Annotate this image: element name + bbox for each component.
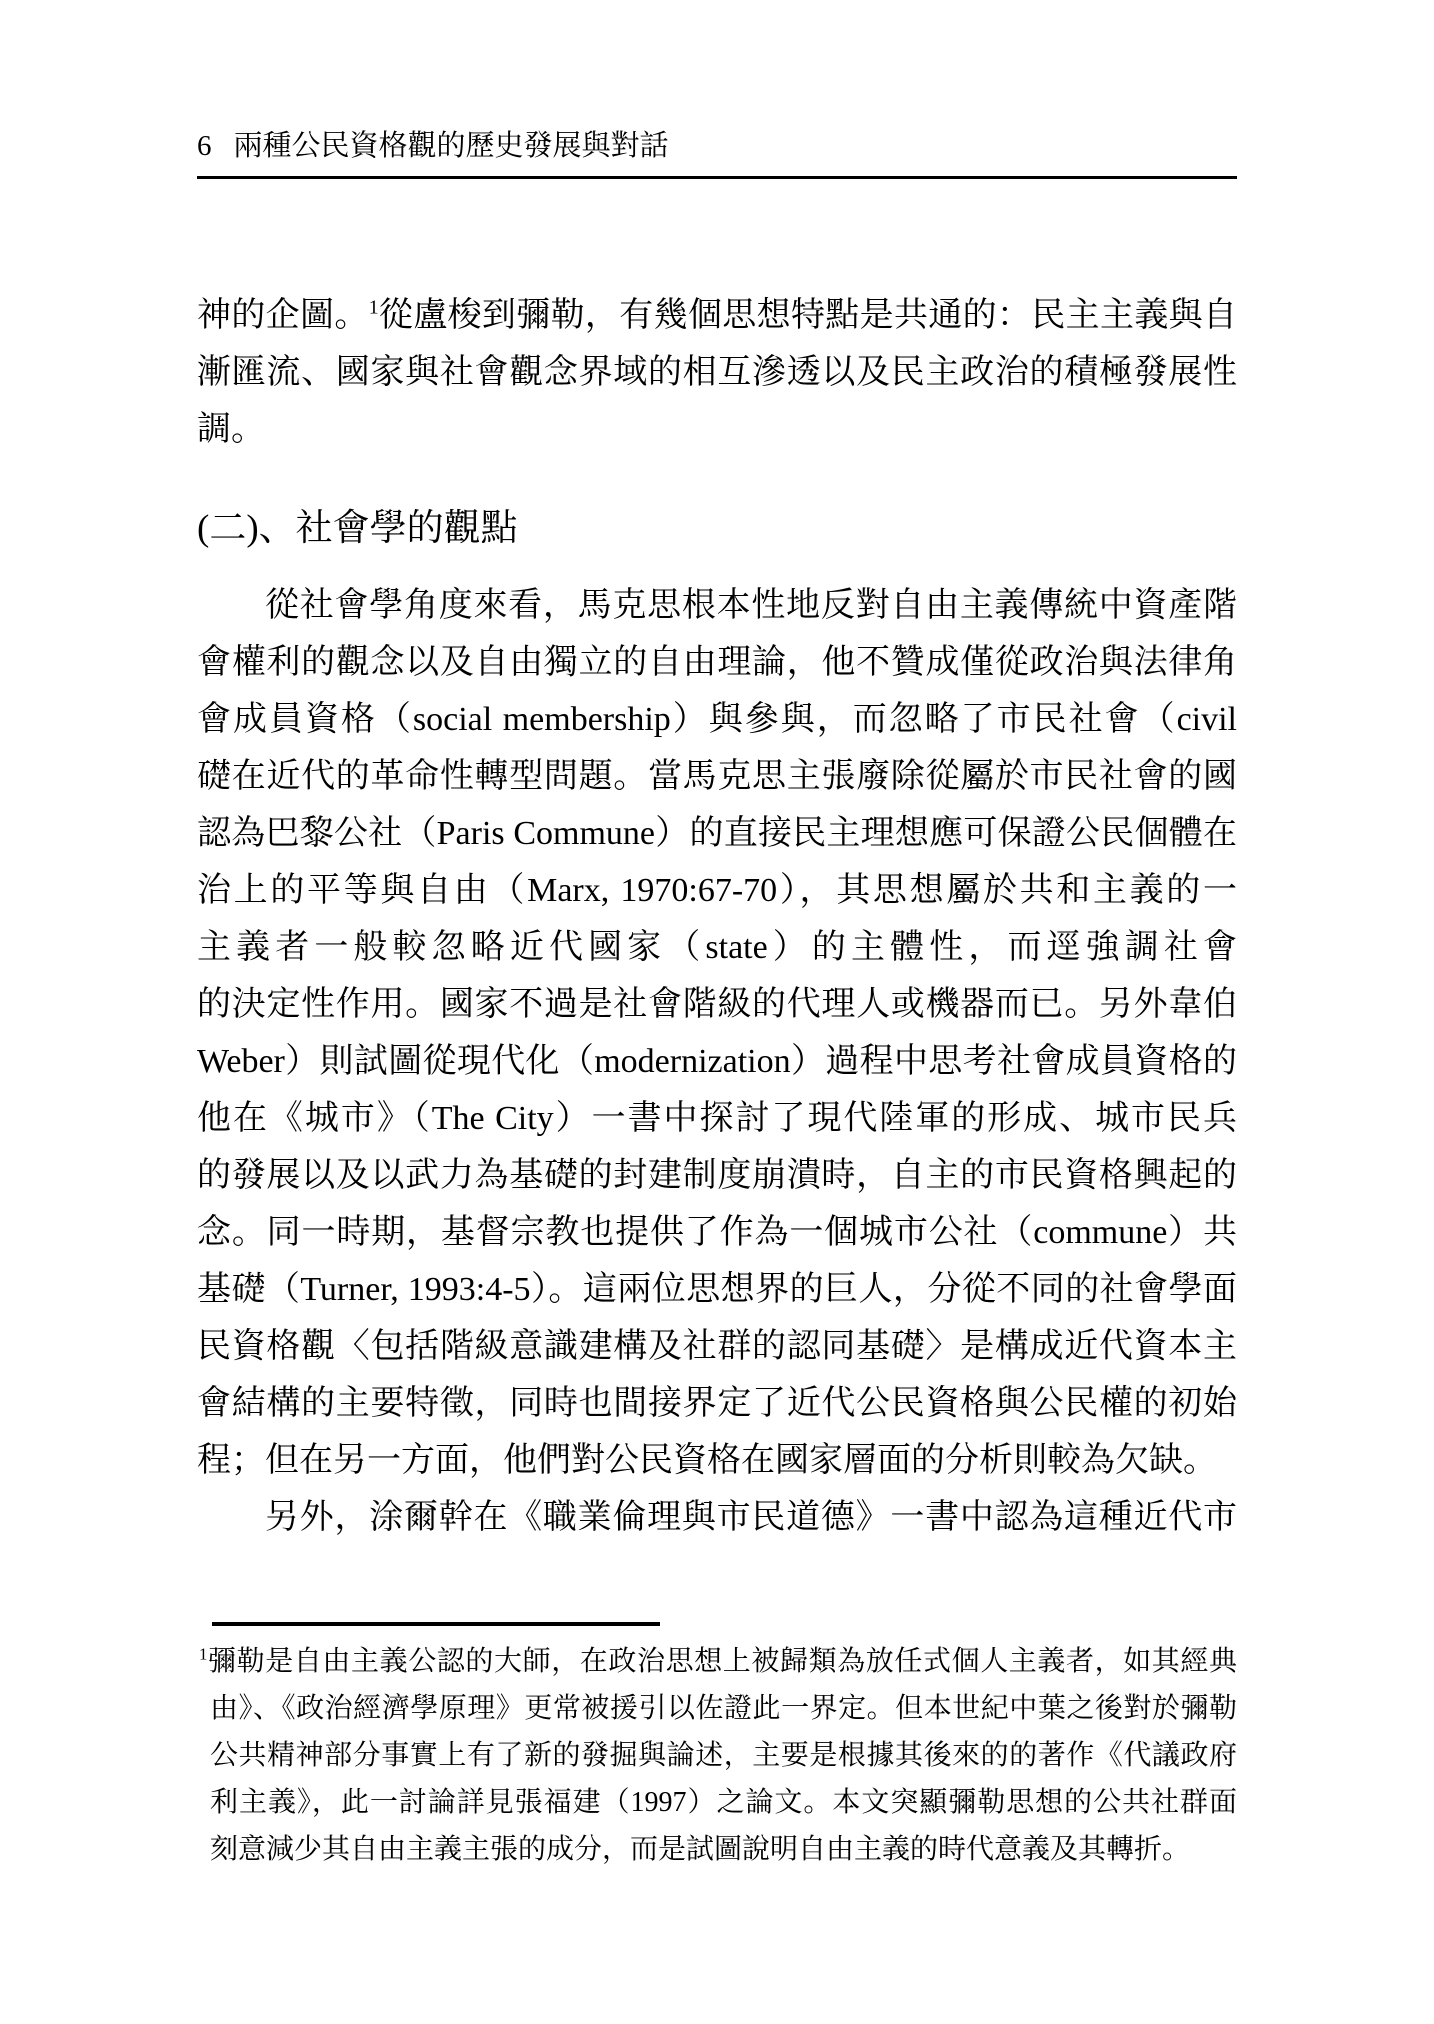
body-text-line: 神的企圖。1從盧梭到彌勒，有幾個思想特點是共通的：民主主義與自由主義逐 (197, 287, 1237, 344)
section-heading: (二)、社會學的觀點 (197, 505, 1237, 553)
footnote: 1彌勒是自由主義公認的大師，在政治思想上被歸類為放任式個人主義者，如其經典論著《… (199, 1638, 1237, 1873)
footnote-line1-text: 彌勒是自由主義公認的大師，在政治思想上被歸類為放任式個人主義者，如其經典論著《論… (199, 1646, 1237, 1685)
footnote-separator-rule (212, 1622, 660, 1626)
durkheim-paragraph: 另外，涂爾幹在《職業倫理與市民道德》一書中認為這種近代市民資格〈以 (197, 1489, 1237, 1546)
body-text-line: 的決定性作用。國家不過是社會階級的代理人或機器而已。另外韋伯（Max (197, 976, 1237, 1033)
footnote-text-line: 公共精神部分事實上有了新的發掘與論述，主要是根據其後來的的著作《代議政府論》及《… (199, 1732, 1237, 1779)
body-text-line: 礎在近代的革命性轉型問題。當馬克思主張廢除從屬於市民社會的國家時，他 (197, 748, 1237, 805)
body-text-line: 會結構的主要特徵，同時也間接界定了近代公民資格與公民權的初始形塑過 (197, 1375, 1237, 1432)
body-text-line: 會成員資格（social membership）與參與，而忽略了市民社會（civ… (197, 691, 1237, 748)
body-text-line: 基礎（Turner, 1993:4-5）。這兩位思想界的巨人，分從不同的社會學面… (197, 1261, 1237, 1318)
document-page: 6兩種公民資格觀的歷史發展與對話 神的企圖。1從盧梭到彌勒，有幾個思想特點是共通… (0, 0, 1434, 2024)
body-text-line: 念。同一時期，基督宗教也提供了作為一個城市公社（commune）共同信仰的 (197, 1204, 1237, 1261)
body-text-line: 主義者一般較忽略近代國家（state）的主體性，而逕強調社會（society）基… (197, 919, 1237, 976)
footnote-reference-1: 1 (369, 297, 379, 319)
body-text-line: 認為巴黎公社（Paris Commune）的直接民主理想應可保證公民個體在經濟與… (197, 805, 1237, 862)
body-text-line: 民資格觀〈包括階級意識建構及社群的認同基礎〉是構成近代資本主義文明社 (197, 1318, 1237, 1375)
body-text-line: 他在《城市》（The City）一書中探討了現代陸軍的形成、城市民兵（urban… (197, 1090, 1237, 1147)
body-text-line: 另外，涂爾幹在《職業倫理與市民道德》一書中認為這種近代市民資格〈以 (197, 1489, 1237, 1546)
footnote-text-line: 利主義》，此一討論詳見張福建（1997）之論文。本文突顯彌勒思想的公共社群面向，… (199, 1779, 1237, 1826)
intro-paragraph: 神的企圖。1從盧梭到彌勒，有幾個思想特點是共通的：民主主義與自由主義逐 漸匯流、… (197, 287, 1237, 458)
footnote-text-line: 由》、《政治經濟學原理》更常被援引以佐證此一界定。但本世紀中葉之後對於彌勒重視社… (199, 1685, 1237, 1732)
sociology-paragraph: 從社會學角度來看，馬克思根本性地反對自由主義傳統中資產階級政治社 會權利的觀念以… (197, 577, 1237, 1489)
body-text-line: Weber）則試圖從現代化（modernization）過程中思考社會成員資格的… (197, 1033, 1237, 1090)
body-text-line: 治上的平等與自由（Marx, 1970:67-70），其思想屬於共和主義的一支。… (197, 862, 1237, 919)
body-text-line: 從社會學角度來看，馬克思根本性地反對自由主義傳統中資產階級政治社 (197, 577, 1237, 634)
running-title: 兩種公民資格觀的歷史發展與對話 (234, 130, 669, 162)
intro-line1-pre: 神的企圖。 (197, 297, 369, 334)
body-text-line: 的發展以及以武力為基礎的封建制度崩潰時，自主的市民資格興起的諸種概 (197, 1147, 1237, 1204)
footnote-text-line: 1彌勒是自由主義公認的大師，在政治思想上被歸類為放任式個人主義者，如其經典論著《… (199, 1638, 1237, 1685)
body-text-line: 會權利的觀念以及自由獨立的自由理論，他不贊成僅從政治與法律角度探討社 (197, 634, 1237, 691)
page-header: 6兩種公民資格觀的歷史發展與對話 (197, 128, 1237, 164)
footnote-text-line: 刻意減少其自由主義主張的成分，而是試圖說明自由主義的時代意義及其轉折。 (199, 1826, 1237, 1873)
header-rule (197, 176, 1237, 179)
body-text-line: 漸匯流、國家與社會觀念界域的相互滲透以及民主政治的積極發展性功能之強 (197, 344, 1237, 401)
body-text-line: 調。 (197, 401, 1237, 458)
page-number: 6 (197, 130, 212, 162)
body-text-line: 程；但在另一方面，他們對公民資格在國家層面的分析則較為欠缺。 (197, 1432, 1237, 1489)
